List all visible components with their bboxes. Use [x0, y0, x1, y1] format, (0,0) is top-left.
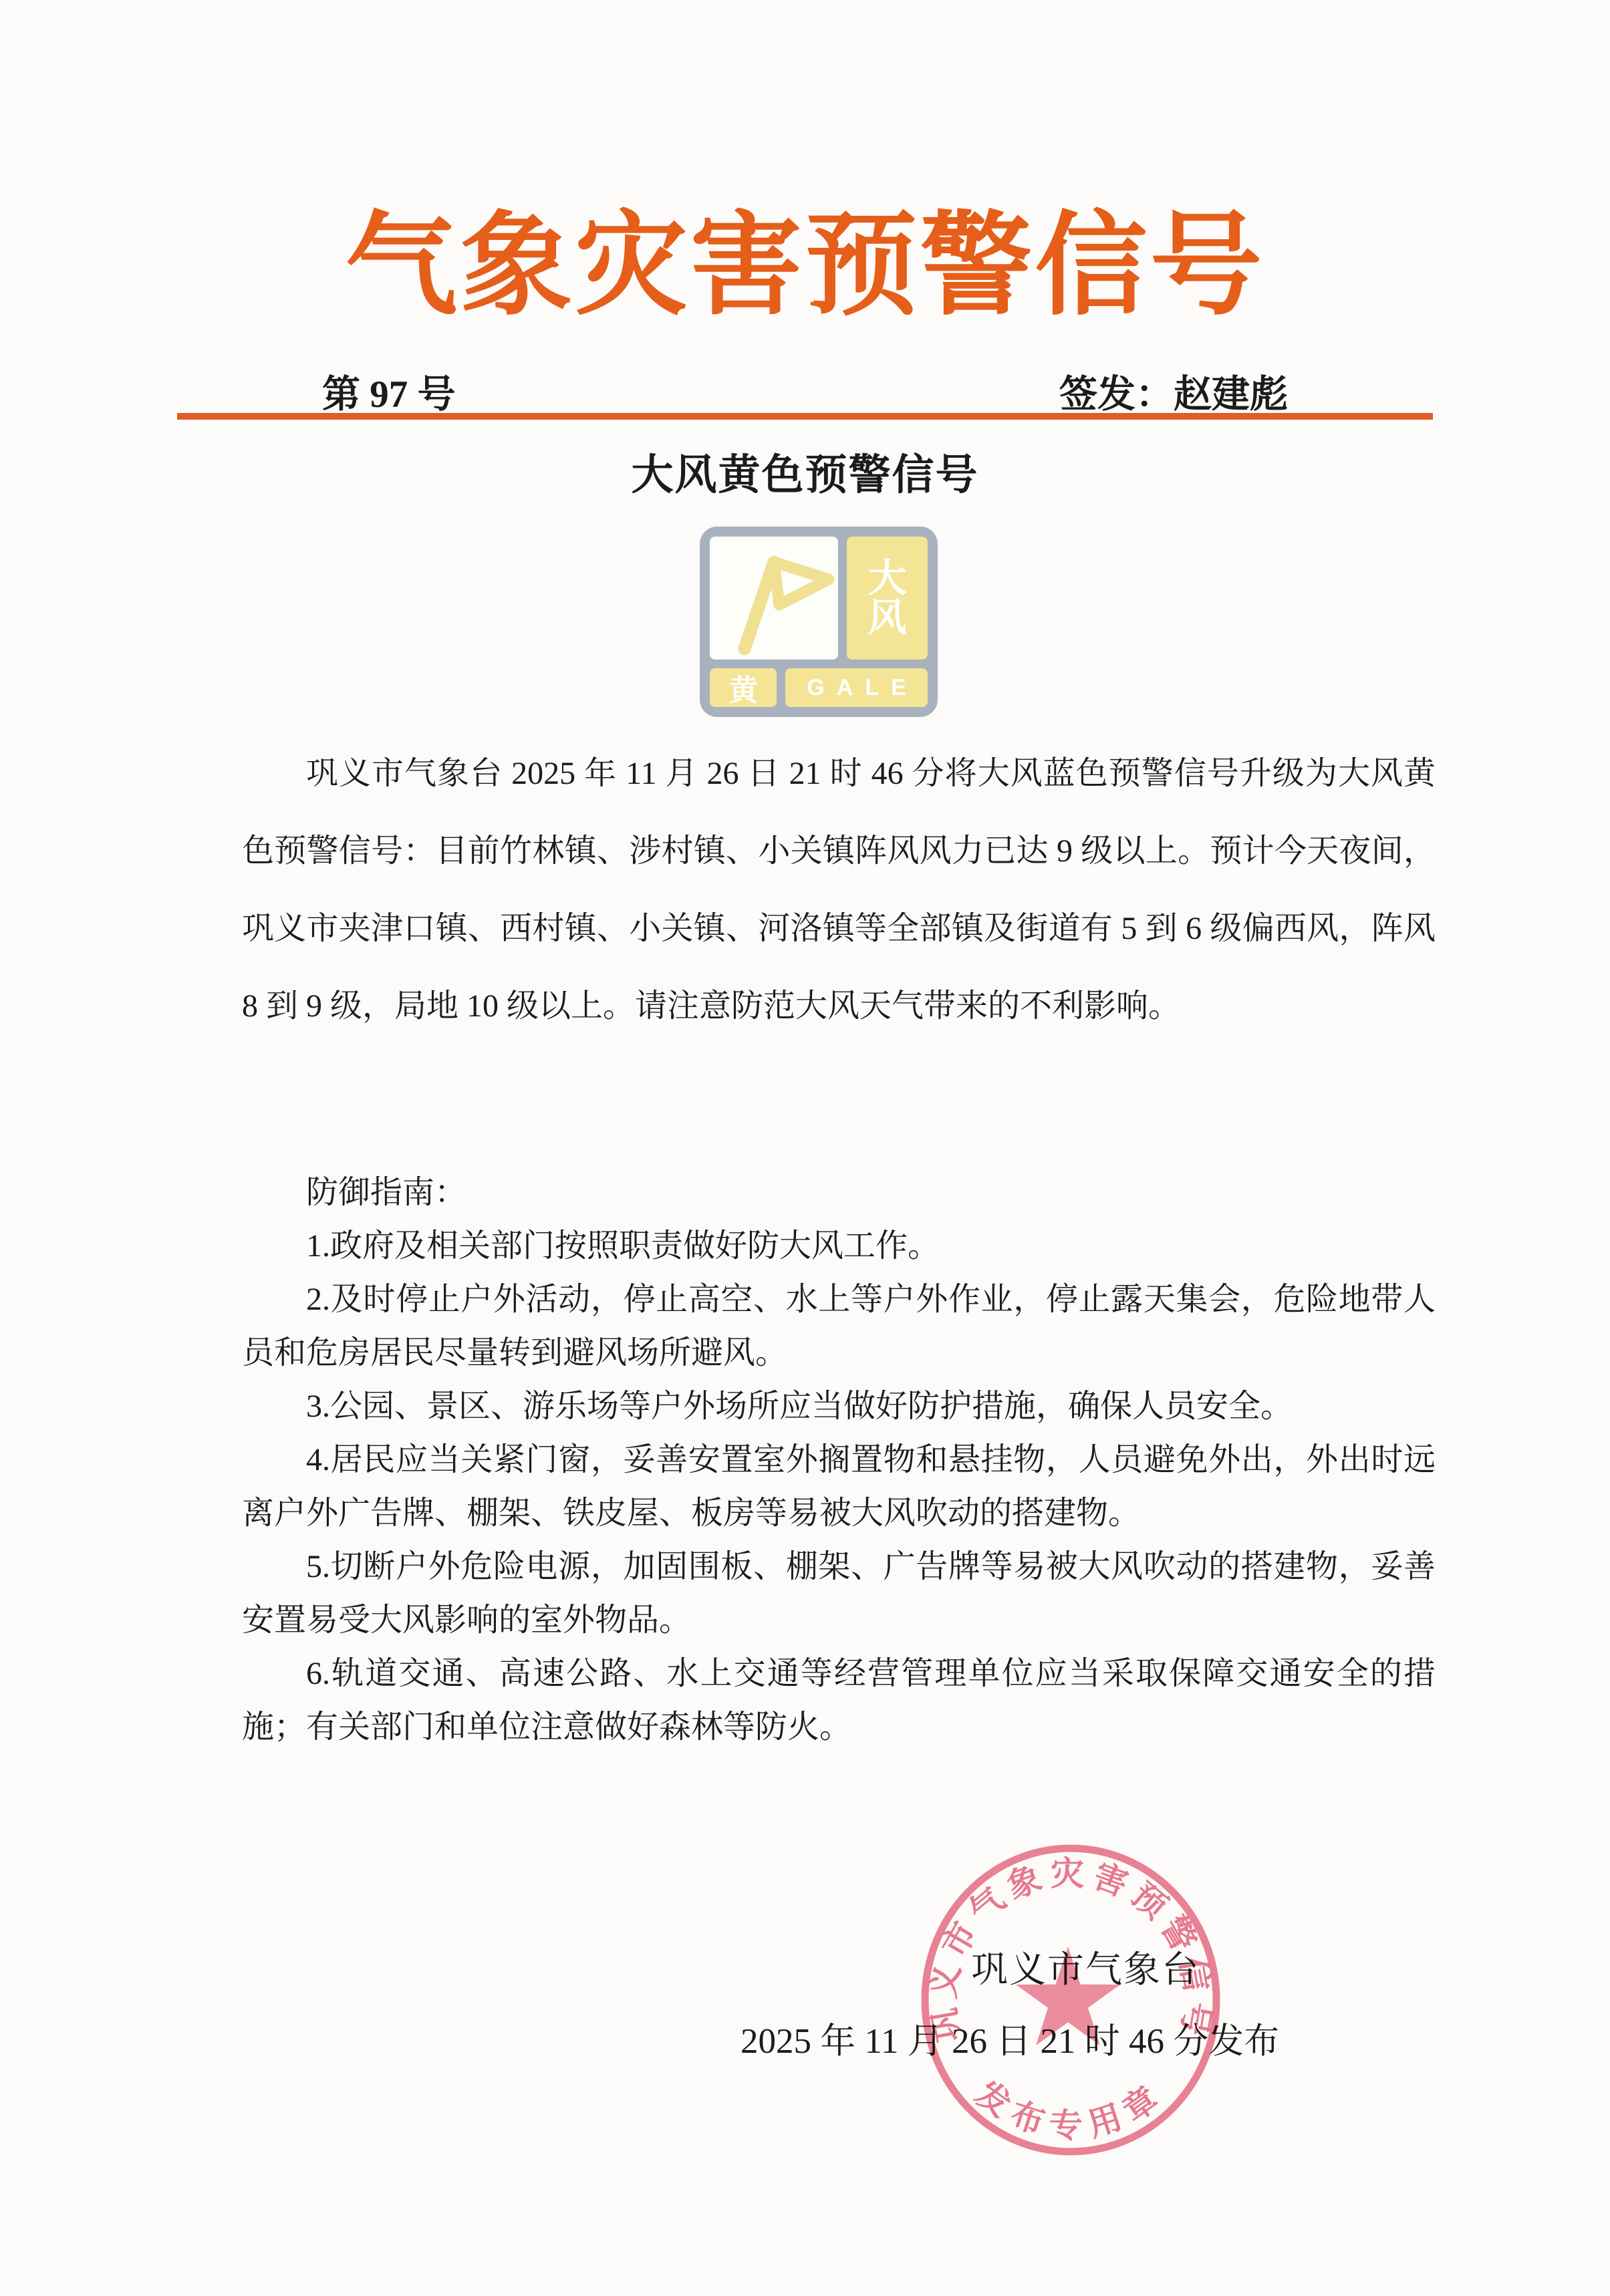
defense-guide: 防御指南： 1.政府及相关部门按照职责做好防大风工作。 2.及时停止户外活动，停… [242, 1166, 1436, 1754]
warning-subtitle: 大风黄色预警信号 [0, 441, 1610, 502]
header-divider-rule [177, 413, 1433, 420]
wind-flag-cell [710, 537, 838, 660]
doc-number: 第 97 号 [322, 364, 456, 418]
warning-notice-page: 气象灾害预警信号 第 97 号 签发：赵建彪 大风黄色预警信号 大 风 黄 GA… [0, 0, 1610, 2296]
dafeng-char-bottom: 风 [867, 598, 906, 637]
page-title: 气象灾害预警信号 [0, 195, 1610, 335]
gale-yellow-warning-icon: 大 风 黄 GALE [700, 527, 938, 717]
gale-english-cell: GALE [785, 668, 928, 707]
warning-body-paragraph: 巩义市气象台 2025 年 11 月 26 日 21 时 46 分将大风蓝色预警… [242, 735, 1436, 1045]
dafeng-char-top: 大 [867, 559, 906, 598]
wind-flag-icon [710, 537, 838, 660]
defense-guide-item: 4.居民应当关紧门窗，妥善安置室外搁置物和悬挂物，人员避免外出，外出时远离户外广… [242, 1433, 1436, 1540]
yellow-level-cell: 黄 [710, 668, 777, 707]
defense-guide-item: 5.切断户外危险电源，加固围板、棚架、广告牌等易被大风吹动的搭建物，妥善安置易受… [242, 1540, 1436, 1647]
warning-icon-top-row: 大 风 [710, 537, 928, 660]
defense-guide-item: 3.公园、景区、游乐场等户外场所应当做好防护措施，确保人员安全。 [242, 1380, 1436, 1433]
defense-guide-item: 2.及时停止户外活动，停止高空、水上等户外作业，停止露天集会，危险地带人员和危房… [242, 1273, 1436, 1380]
dafeng-label-cell: 大 风 [847, 537, 928, 660]
defense-guide-title: 防御指南： [242, 1166, 1436, 1219]
defense-guide-item: 1.政府及相关部门按照职责做好防大风工作。 [242, 1219, 1436, 1273]
warning-icon-bottom-row: 黄 GALE [710, 668, 928, 707]
seal-star-icon [1016, 1947, 1120, 2045]
issuer-signoff: 签发：赵建彪 [1059, 364, 1288, 418]
defense-guide-item: 6.轨道交通、高速公路、水上交通等经营管理单位应当采取保障交通安全的措施；有关部… [242, 1647, 1436, 1754]
official-seal-stamp: 巩义市气象灾害预警信号 发布专用章 [914, 1838, 1228, 2165]
